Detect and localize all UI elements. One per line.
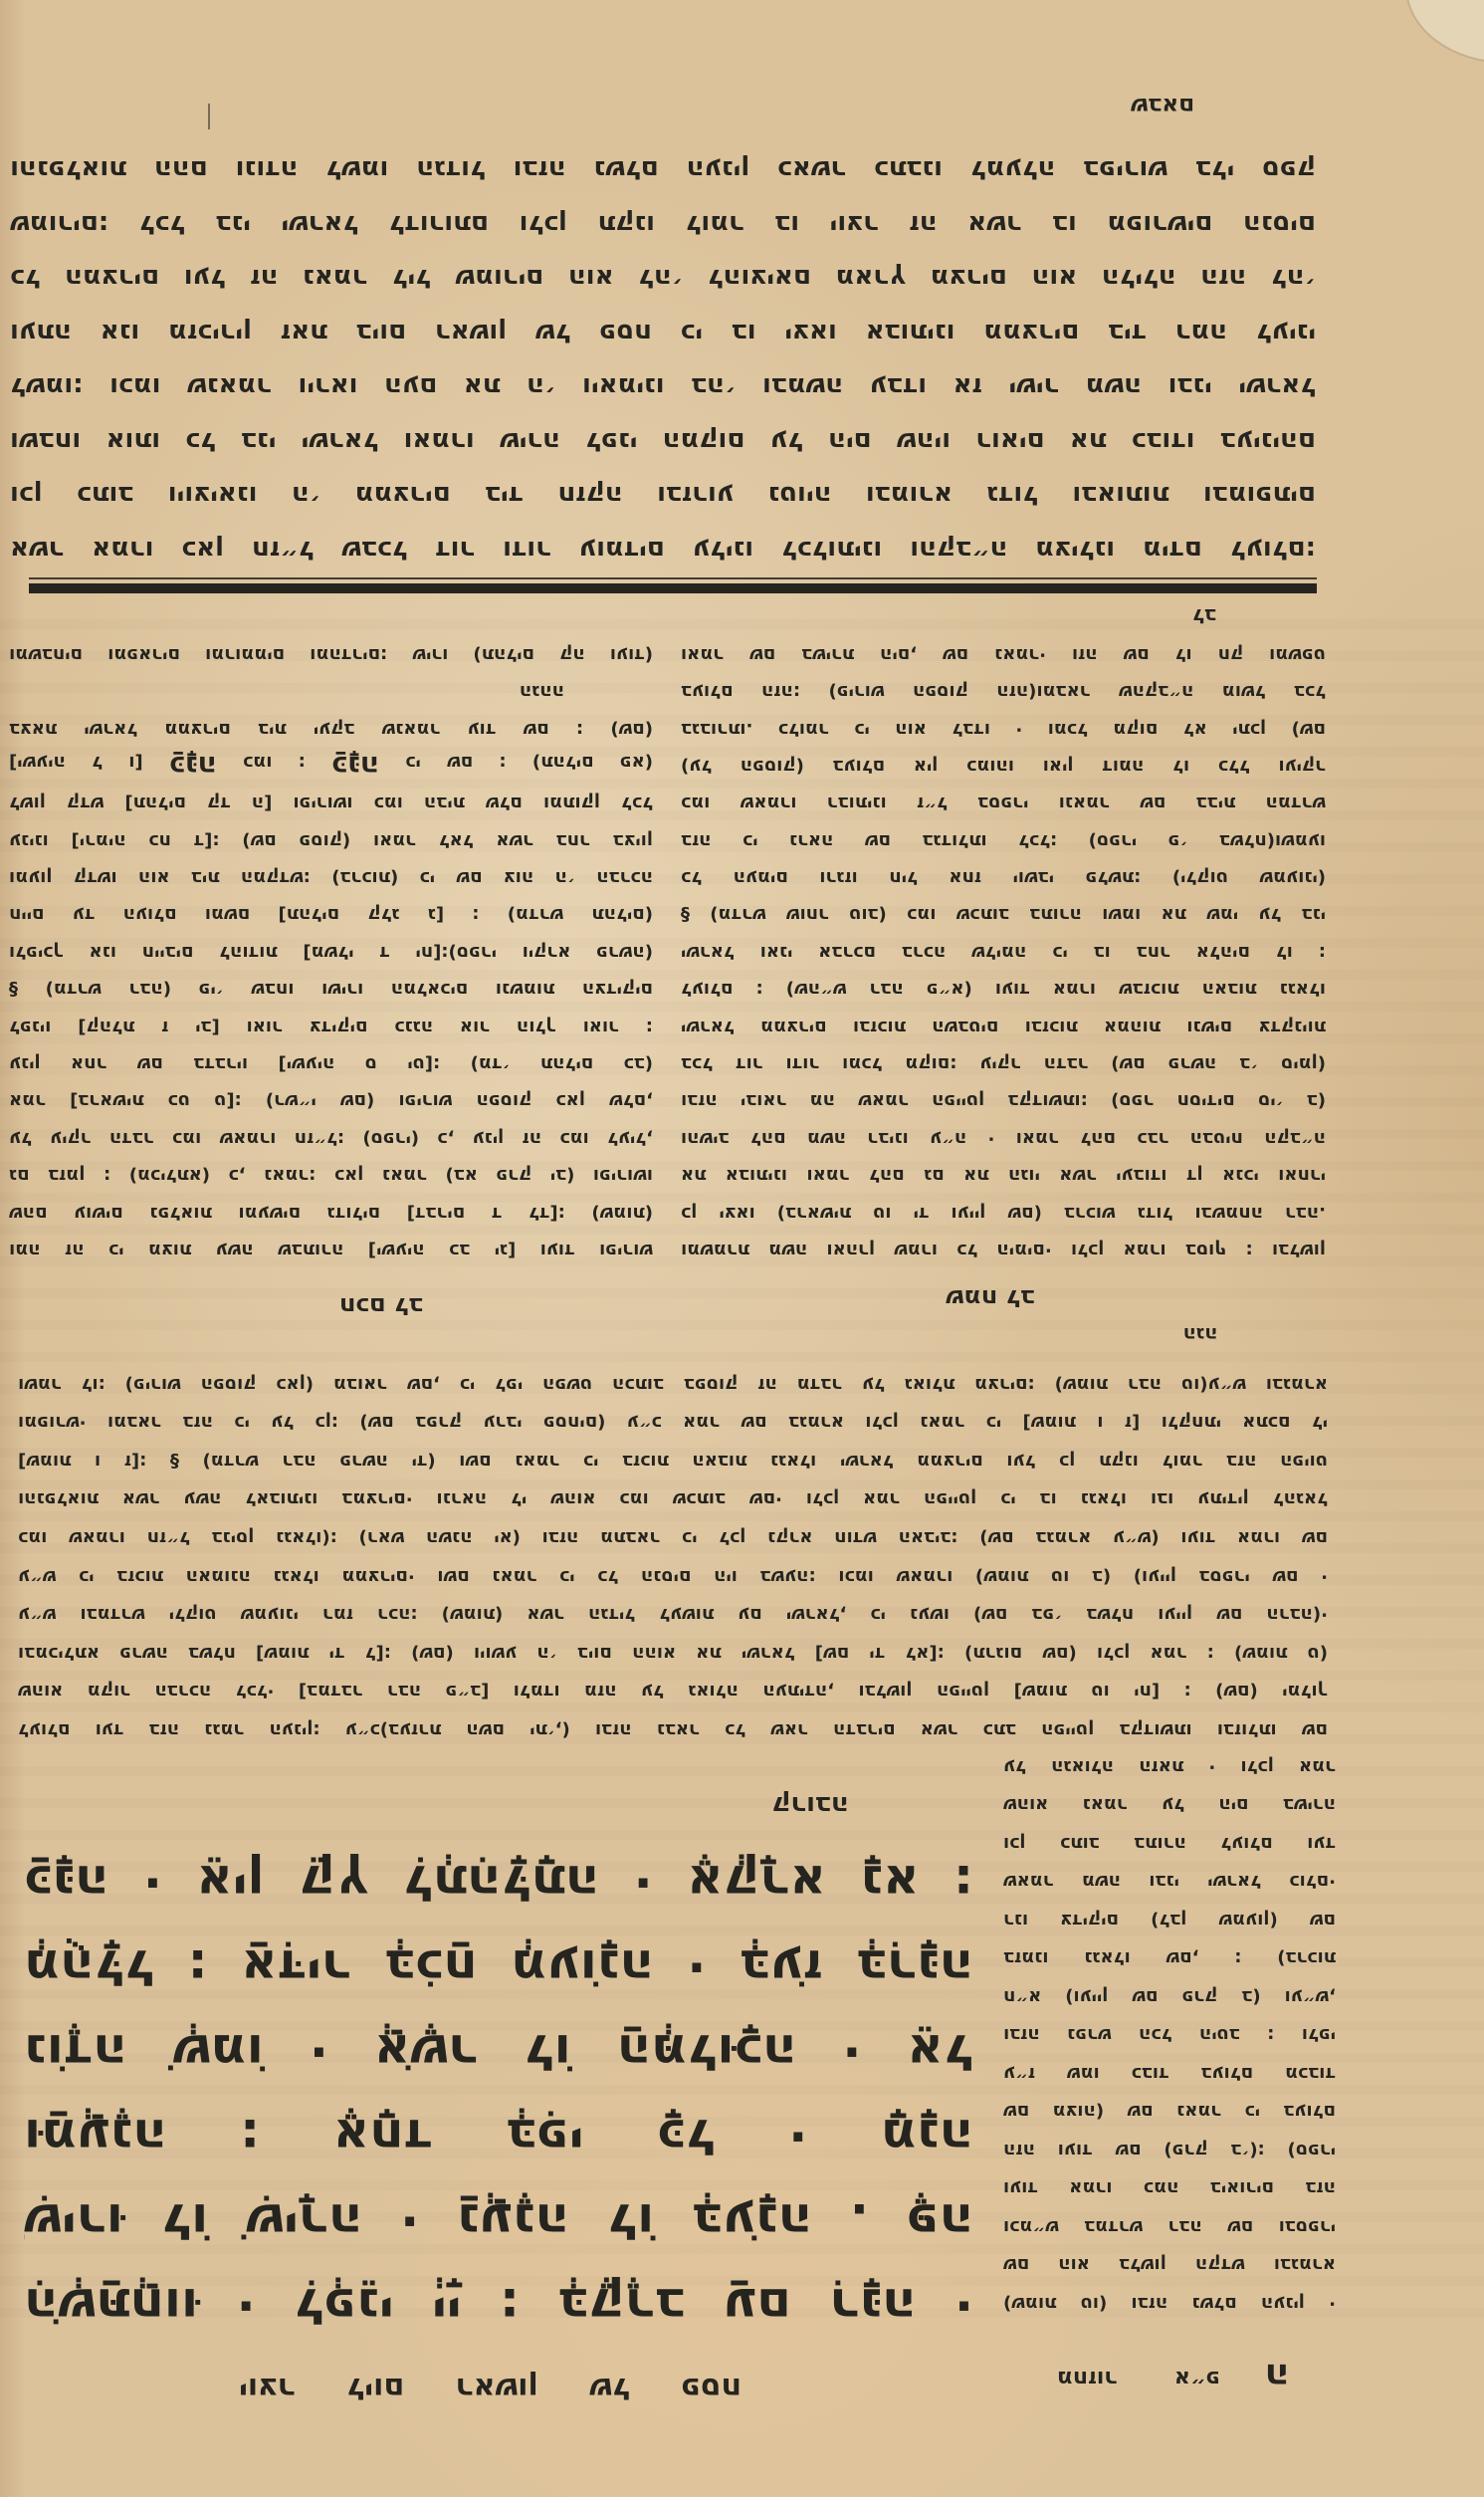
right-commentary-column: ומשמרת משה ואהרן שמרו כל הימים· ולכן אמר… — [681, 635, 1326, 1268]
text-line: (שמות טו) ובזה נשלם הענין · — [1003, 2284, 1336, 2323]
running-title: יוצר ליום ראשון של פסח — [239, 2368, 742, 2407]
text-fragment: כי שם : (תהלים פא) — [405, 752, 653, 773]
text-line: ועוד אמרו כמה ביאורים בזה — [1003, 2168, 1336, 2207]
text-line: ענינו [ירמיה כח ד]: (שם פסוק) ואמר לאל א… — [9, 821, 653, 858]
text-line: ומעון קדשו הוא בית המקדש: (ברכות) כי שם … — [9, 859, 653, 896]
printer-signature: מחזור א״פ — [1057, 2362, 1220, 2393]
text-line: וכן כתוב בתורה לעולם ועד — [1003, 1824, 1336, 1863]
text-line: ועתה אנו מזכירין זאת ביום ראשון של פסח כ… — [10, 306, 1316, 360]
text-line: ומפורש· ומבאר בזה כי על כן: (שם בפרק ערב… — [18, 1403, 1328, 1442]
text-line: ישראל ואני אברכם ברכה שלימה כי בו בחר אל… — [681, 933, 1326, 970]
note-marker: הגה — [1176, 1320, 1224, 1348]
verse-line: וּמַעֲנֶה : אֶחָד בְּפִי כָּל · מָנָה — [24, 2094, 973, 2178]
text-line: כן יצאו (בראשית טו יד ועיין שם) ברכוש גד… — [681, 1194, 1326, 1231]
text-line: (על הפסוק) בעולם אין כמוהו ואין דומה לו … — [681, 748, 1326, 785]
text-line: וכן כתוב ויוציאנו ה׳ ממצרים ביד חזקה ובז… — [10, 468, 1316, 523]
double-rule-thin — [29, 577, 1317, 579]
text-line: גם בזמן : (מכילתא) כ, נאמר: כאן נאמר (בא… — [9, 1157, 653, 1194]
text-line: לפניו [קהלת ז יב] ואור צדיקים כנגה אור ה… — [9, 1008, 653, 1044]
text-line: ובזה יבואר מה שאמר הפייטן בקדושתו: (ספר … — [681, 1082, 1326, 1119]
text-line: ענין אחר שם בדבריו [ישעיה ס יט]: (מד׳ תה… — [9, 1045, 653, 1082]
right-column-heading: שמח לב — [924, 1280, 1057, 1316]
text-line: כמו שאמרו חז״ל בניסן נגאלו): (ראש השנה י… — [18, 1517, 1328, 1556]
page-corner-curl — [1405, 0, 1484, 64]
text-line: הזה ועוד שם (פרק ב׳): (ספרי — [1003, 2131, 1336, 2169]
verse-line: נוֹדֶה שְׁמוֹ · אֲשֶׁר לוֹ הַמְּלוּכָה ·… — [24, 2009, 973, 2094]
text-line: שמורים: לכל בני ישראל לדורותם ולכן תקנו … — [10, 197, 1316, 252]
text-line: [שמות ו ז]: § (מדרש רבה פרשה יד) ושם נאמ… — [18, 1441, 1328, 1479]
text-line: שם מצוה) שם נאמר כי בעולם — [1003, 2092, 1336, 2131]
text-line: וכמ״ש במדרש רבה שם ובספרי — [1003, 2207, 1336, 2246]
page-number: ה — [1258, 2356, 1296, 2395]
text-line: והנפלאות ההם ונודה לשמו הגדול ובזה נשלם … — [10, 142, 1316, 197]
text-line: ומשמרת משה ואהרן שמרו כל הימים· ולכן אמר… — [681, 1232, 1326, 1268]
subheading: הגהה — [9, 673, 653, 710]
text-line: בצאת ישראל ממצרים בית יעקב שנאמר עוד שם … — [9, 710, 653, 747]
text-line: כל העמים ורגזו חיל אחז יושבי פלשת: (ילקו… — [681, 859, 1326, 896]
text-line: ואמר שם בשירת הים, שם נאמר· וזה שם לו חק… — [681, 635, 1326, 672]
text-line: על הגאולה הזאת · ולכן אמר — [1003, 1747, 1336, 1786]
verse-line: מְהֻלָּל : אַדִּיר בְּכֹחַ מְעוֹנָה · בְ… — [24, 1925, 973, 2009]
text-line: בגבורתו. כלומר כי הוא לבדו · ומכל מקום ל… — [681, 710, 1326, 747]
text-line: רנו צדיקים (לבן שמעון) שם — [1003, 1901, 1336, 1939]
text-line: והנפלאות אשר עשה לאבותינו במצרים· ונראה … — [18, 1479, 1328, 1518]
text-line: והשיב להם משה רבינו ע״ה · ואמר להם כבר ה… — [681, 1119, 1326, 1156]
text-line: ח״א (ועיין שם פרק ב) וע״ש, — [1003, 1977, 1336, 2016]
text-line: שהם עושים נפלאות ומעשים גדולים [דברים ד … — [9, 1194, 653, 1231]
text-line: לשון קדש [תהלים קד ה] ופירושו כמו הבית ש… — [9, 785, 653, 821]
emphasis-line: [ישעיה ל ו] כַּנָּה כמו : כַּנָּה כי שם … — [9, 748, 653, 785]
text-line: שהוא נאמר על הים בשירה — [1003, 1785, 1336, 1824]
text-line: § (מדרש רבה) פי׳ שבחו ושירו המלאכים ונשמ… — [9, 971, 653, 1008]
text-line: שם הוא בלשון הקדש ובגמרא — [1003, 2245, 1336, 2284]
text-line: שאמר משה ובני ישראל כולם· — [1003, 1862, 1336, 1901]
margin-tick-mark — [208, 104, 210, 129]
text-line: כמו שאמרו רבותינו ז״ל בספרי ונאמר שם בבי… — [681, 785, 1326, 821]
text-line: ושבחו אותו כל בני ישראל ואמרו שירה לפני … — [10, 414, 1316, 469]
text-line: על עיקר הדבר כמו שאמרו חז״ל: (ספרי) כ, ע… — [9, 1119, 653, 1156]
side-commentary-column: (שמות טו) ובזה נשלם הענין · שם הוא בלשון… — [1003, 1746, 1336, 2322]
text-line: ושמר לו: (פירוש הפסוק כאן) מבואר שם, כי … — [18, 1364, 1328, 1403]
full-width-commentary: לעולם ועד בזה נגמר הענין: ע״כ(בעזרת השם … — [18, 1364, 1328, 1748]
citation: [ישעיה ל ו] — [9, 752, 143, 773]
text-line: ובזה נפרש הכל היטב : ולפי — [1003, 2015, 1336, 2054]
verse-line: כַּנָּה · אֵין קֵץ לִתְהִלָּתָה · אֶקְרָ… — [24, 1840, 973, 1925]
text-line: בעולם הזה: (פירוש הפסוק הזה)ומבאר שהקב״ה… — [681, 673, 1326, 710]
left-commentary-column: ומה זה כי מצות עשה שבתורה [ישעיה כב יג] … — [9, 635, 653, 1268]
double-rule-thick — [29, 583, 1317, 593]
rule-section-label: לב — [1184, 601, 1224, 631]
text-line: ולפיכך אנו חייבים להודות [משלי ד יח]:(ספ… — [9, 933, 653, 970]
emphasized-word: כַּנָּה — [331, 750, 379, 783]
text-line: ומשבחים ומפארים ומרוממים ומהדרים: שירו (… — [9, 635, 653, 672]
emphasized-word: כַּנָּה — [169, 750, 217, 783]
text-line: ע״ש כי בזכות האמונה נגאלו ממצרים· ושם נא… — [18, 1556, 1328, 1595]
text-line: אמר [בראשית כט ט]: (רש״י שם) ופירוש הפסו… — [9, 1082, 653, 1119]
text-line: בזה כי נראה שם בגדולתו לכל: (ספרי פ׳ בשל… — [681, 821, 1326, 858]
left-column-heading: חכם לב — [317, 1288, 446, 1324]
verse-line: הִשְׁתַּחֲווּ · לִפְנֵי יְיָ : בְּקֶרֶב … — [24, 2263, 973, 2348]
catchword: שבאם — [1115, 90, 1210, 121]
text-line: § (מדרש שוחר טוב) כמו שכתוב בתורה ושמו א… — [681, 896, 1326, 933]
text-line: כל המצרים ועל זה נאמר ליל שמורים הוא לה׳… — [10, 251, 1316, 306]
piyyut-text-block: הִשְׁתַּחֲווּ · לִפְנֵי יְיָ : בְּקֶרֶב … — [24, 1840, 973, 2348]
text-line: בכל דור ודור ומכל מקום: עיקר הדבר (שם פר… — [681, 1045, 1326, 1082]
text-line: את אבותינו ואמר להם גם את הגוי אשר יעבוד… — [681, 1157, 1326, 1194]
text-line: לעולם ועד בזה נגמר הענין: ע״כ(בעזרת השם … — [18, 1709, 1328, 1748]
top-text-block: אשר אמרו כאן חז״ל שבכל דור ודור עומדים ע… — [10, 142, 1316, 576]
piyyut-heading: קרובה — [754, 1788, 866, 1822]
text-fragment: כמו : — [243, 752, 306, 773]
text-line: שהוא מקור הברכה לכל· [במדבר רבה פ״ב] ולמ… — [18, 1672, 1328, 1710]
text-line: חיים עד העולם ומשם [תהלים קלג ג] : (מדרש… — [9, 896, 653, 933]
text-line: ע״ש ובמדרש ילקוט שמעוני רמז רכה: (שמות) … — [18, 1595, 1328, 1634]
text-line: אשר אמרו כאן חז״ל שבכל דור ודור עומדים ע… — [10, 523, 1316, 577]
verse-line: שִׁירוּ לוֹ שִׁירָה · נַעֲנֶה לוֹ בְּעֹנ… — [24, 2178, 973, 2263]
text-line: ע״ז שמו כבוד בעולם מכבוד — [1003, 2054, 1336, 2093]
text-line: ישראל ממצרים ובזכות השבטים ובזכות אמהות … — [681, 1008, 1326, 1044]
text-line: לשמו: וכמו שנאמר ויראו העם את ה׳ ויאמינו… — [10, 359, 1316, 414]
text-line: לעולם : (שה״ש רבה פ״א) ועוד אמרו שבזכות … — [681, 971, 1326, 1008]
text-line: בזמנו נגאלו שם, : (ברכות — [1003, 1938, 1336, 1977]
text-line: ומה זה כי מצות עשה שבתורה [ישעיה כב יג] … — [9, 1232, 653, 1268]
text-line: ובמכילתא פרשה בשלח [שמות יד ל]: (שם) ויו… — [18, 1633, 1328, 1672]
